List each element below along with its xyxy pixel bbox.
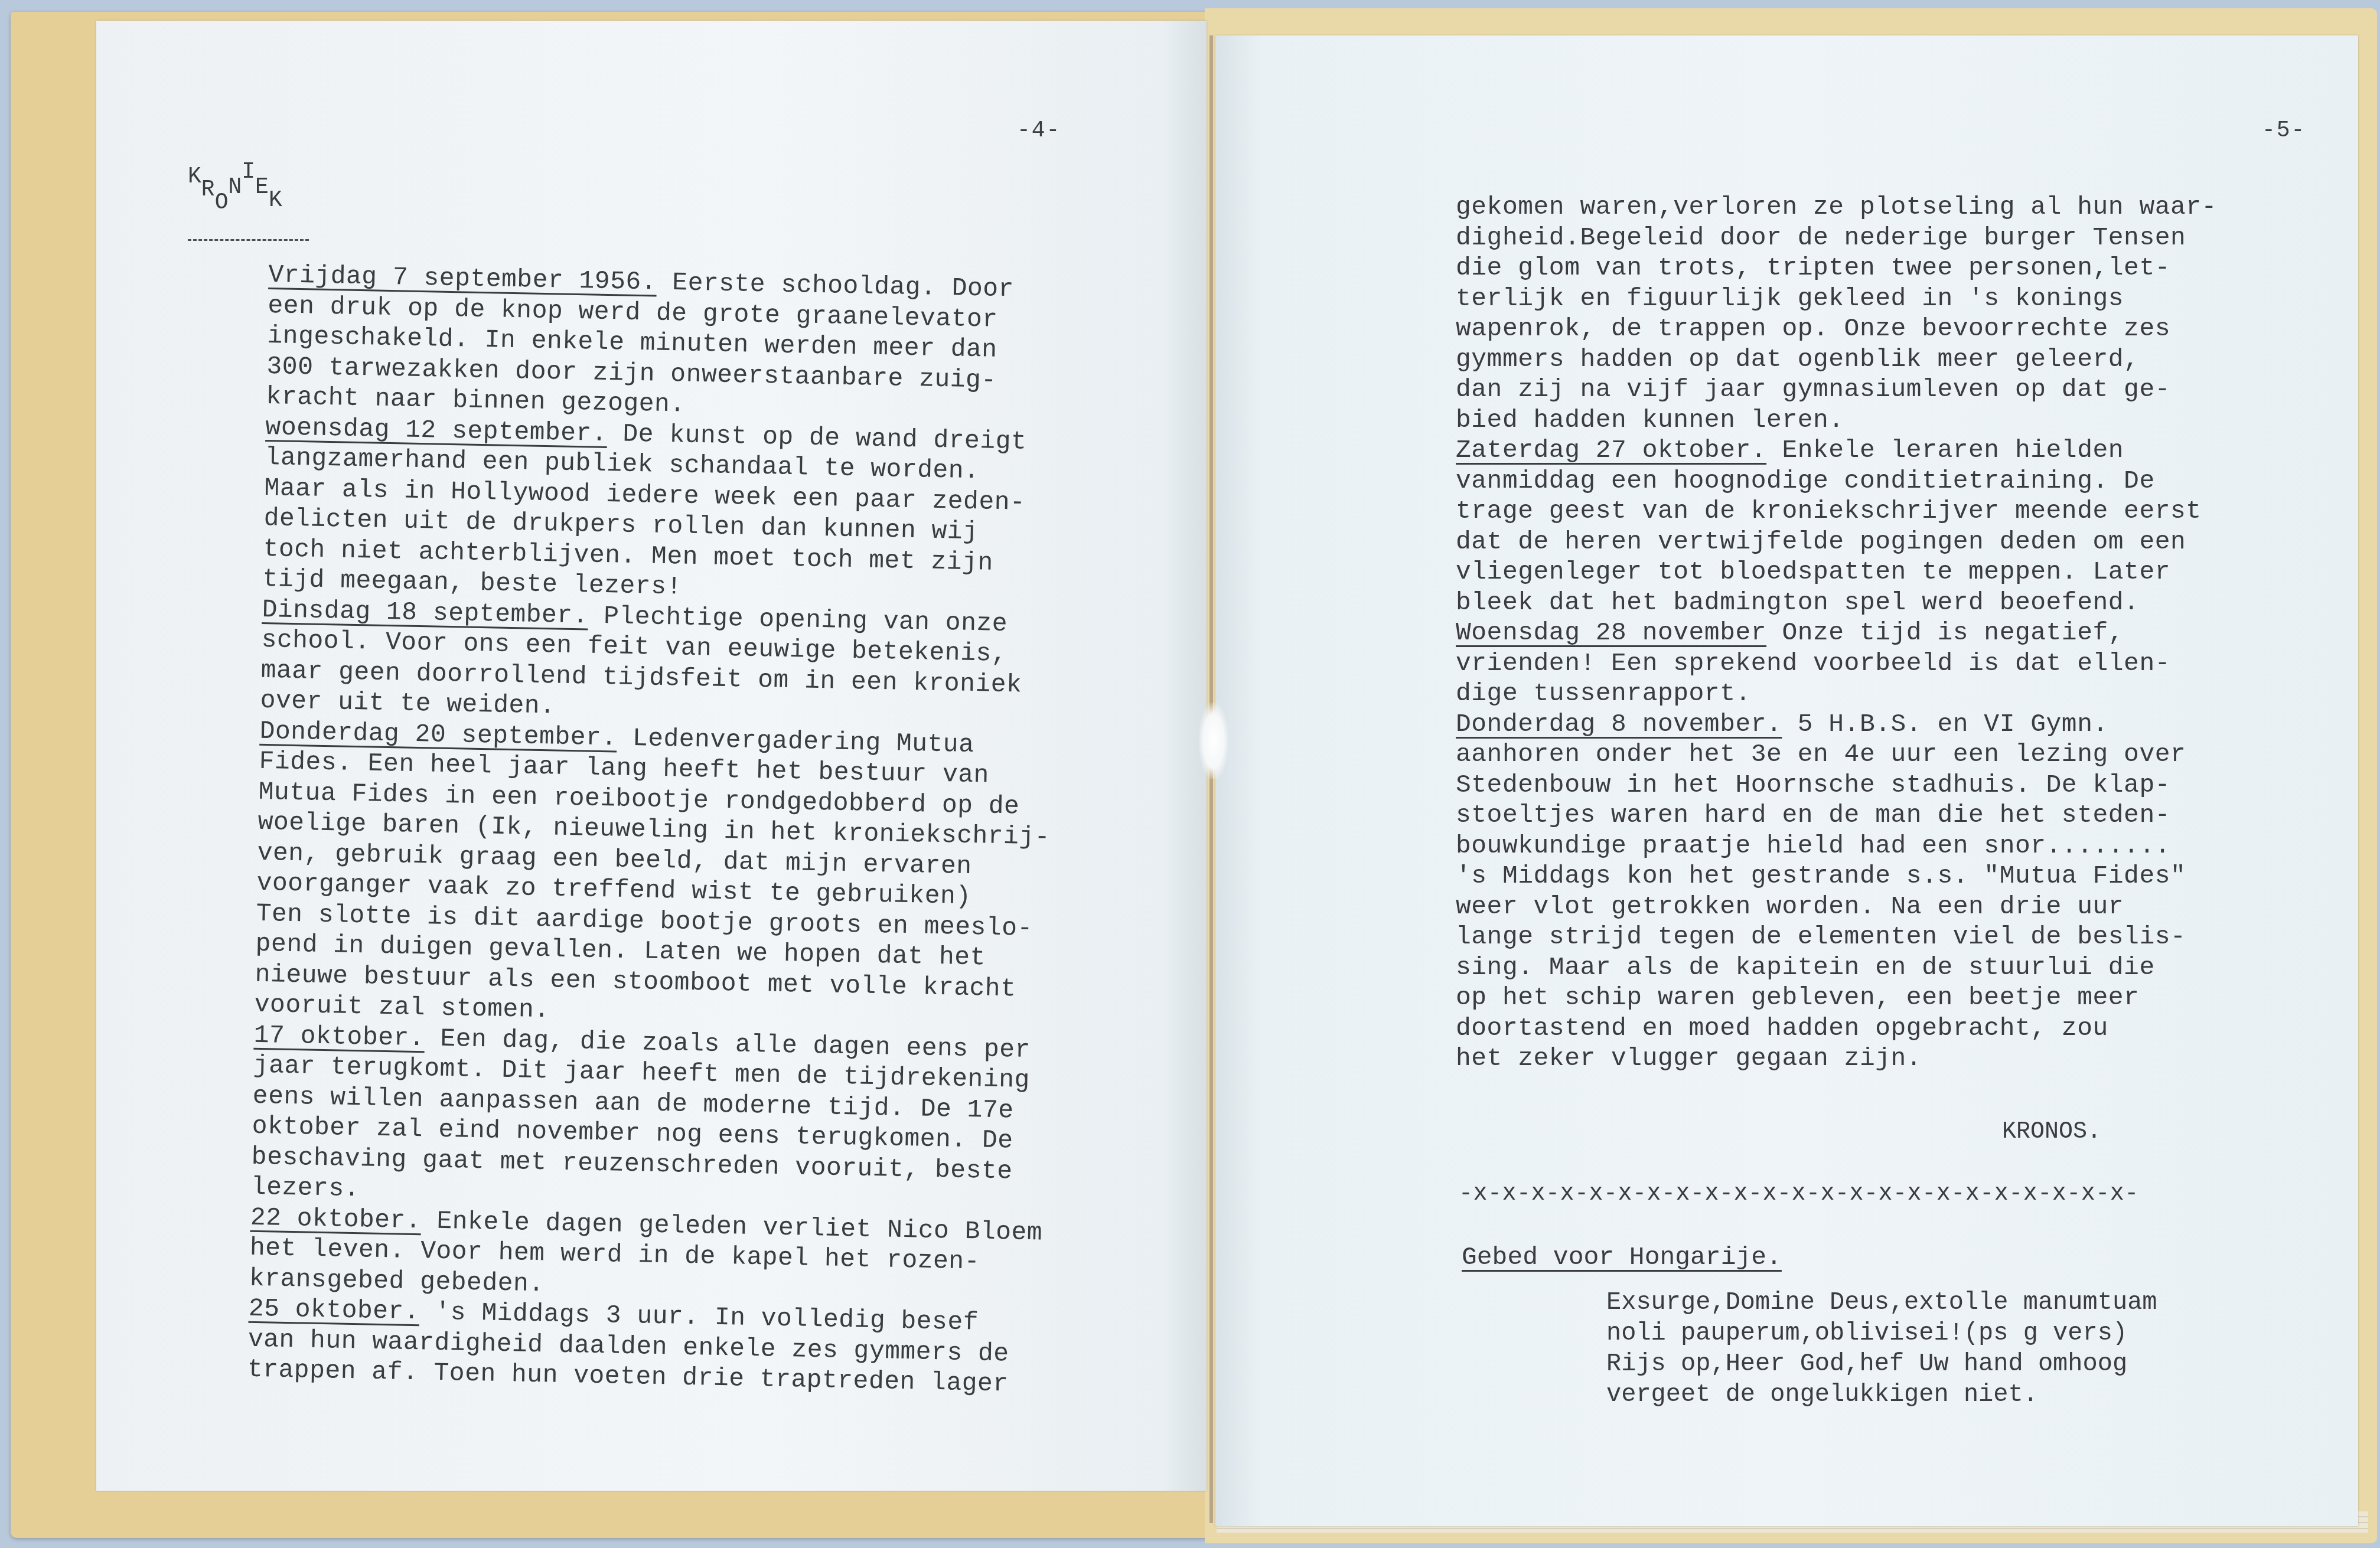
prayer-line: vergeet de ongelukkigen niet.: [1606, 1379, 2157, 1410]
prayer-text: Exsurge,Domine Deus,extolle manumtuamnol…: [1606, 1287, 2157, 1410]
text-line: wapenrok, de trappen op. Onze bevoorrech…: [1456, 313, 2217, 344]
entry-first-line: Donderdag 8 november. 5 H.B.S. en VI Gym…: [1456, 709, 2217, 740]
text-line: Stedenbouw in het Hoornsche stadhuis. De…: [1456, 770, 2217, 801]
text-line: dan zij na vijf jaar gymnasiumleven op d…: [1456, 374, 2217, 405]
entry-date: 17 oktober.: [253, 1020, 425, 1053]
text-line: terlijk en figuurlijk gekleed in 's koni…: [1456, 283, 2217, 314]
text-line: 's Middags kon het gestrande s.s. "Mutua…: [1456, 861, 2217, 891]
signature: KRONOS.: [2002, 1119, 2101, 1145]
title-letter: N: [228, 175, 242, 200]
text-line: het zeker vlugger gegaan zijn.: [1456, 1043, 2217, 1074]
title-letter: K: [188, 164, 201, 190]
text-line: bouwkundige praatje hield had een snor..…: [1456, 831, 2217, 861]
entry-date: 22 oktober.: [250, 1203, 421, 1235]
text-line: vanmiddag een hoognodige conditietrainin…: [1456, 466, 2217, 497]
text-line: die glom van trots, tripten twee persone…: [1456, 253, 2217, 283]
staple-tear: [1199, 703, 1228, 779]
text-line: doortastend en moed hadden opgebracht, z…: [1456, 1013, 2217, 1044]
text-line: lange strijd tegen de elementen viel de …: [1456, 922, 2217, 952]
booklet-spine: [1209, 35, 1213, 1523]
section-divider: -x-x-x-x-x-x-x-x-x-x-x-x-x-x-x-x-x-x-x-x…: [1459, 1181, 2139, 1207]
text-line: gymmers hadden op dat ogenblik meer gele…: [1456, 344, 2217, 375]
entry-date: Donderdag 8 november.: [1456, 710, 1782, 739]
entry-date: 25 oktober.: [248, 1294, 419, 1327]
text-line: sing. Maar als de kapitein en de stuurlu…: [1456, 952, 2217, 983]
text-line: weer vlot getrokken worden. Na een drie …: [1456, 891, 2217, 922]
title-letter: E: [255, 175, 269, 200]
text-line: vrienden! Een sprekend voorbeeld is dat …: [1456, 648, 2217, 679]
text-line: stoeltjes waren hard en de man die het s…: [1456, 800, 2217, 831]
title-letter: O: [215, 190, 229, 215]
right-page-body: gekomen waren,verloren ze plotseling al …: [1456, 192, 2217, 1074]
entry-date: Dinsdag 18 september.: [262, 595, 588, 630]
title-letter: R: [201, 177, 215, 203]
left-page-body: Vrijdag 7 september 1956. Eerste schoold…: [247, 260, 1061, 1400]
entry-date: woensdag 12 september.: [265, 412, 608, 448]
title-letter: K: [269, 188, 282, 213]
entry-first-line: Zaterdag 27 oktober. Enkele leraren hiel…: [1456, 435, 2217, 466]
entry-date: Zaterdag 27 oktober.: [1456, 436, 1766, 465]
title-underline: [188, 239, 309, 241]
entry-text: Eerste schooldag. Door: [657, 268, 1015, 304]
chronicle-title: KRONIEK: [188, 164, 282, 190]
text-line: bleek dat het badmington spel werd beoef…: [1456, 587, 2217, 618]
text-line: vliegenleger tot bloedspatten te meppen.…: [1456, 557, 2217, 587]
prayer-line: Exsurge,Domine Deus,extolle manumtuam: [1606, 1287, 2157, 1318]
text-line: bied hadden kunnen leren.: [1456, 405, 2217, 436]
entry-text: Enkele leraren hielden: [1766, 436, 2124, 465]
text-line: dat de heren vertwijfelde pogingen deden…: [1456, 527, 2217, 557]
text-line: digheid.Begeleid door de nederige burger…: [1456, 223, 2217, 253]
entry-date: Woensdag 28 november: [1456, 618, 1766, 647]
prayer-line: noli pauperum,oblivisei!(ps g vers): [1606, 1318, 2157, 1348]
page-number-left: -4-: [1017, 118, 1061, 143]
text-line: gekomen waren,verloren ze plotseling al …: [1456, 192, 2217, 223]
entry-first-line: Woensdag 28 november Onze tijd is negati…: [1456, 618, 2217, 648]
text-line: aanhoren onder het 3e en 4e uur een lezi…: [1456, 739, 2217, 770]
prayer-line: Rijs op,Heer God,hef Uw hand omhoog: [1606, 1348, 2157, 1379]
entry-text: 5 H.B.S. en VI Gymn.: [1782, 710, 2108, 739]
title-letter: I: [242, 159, 255, 185]
prayer-title: Gebed voor Hongarije.: [1462, 1243, 1782, 1272]
entry-text: Onze tijd is negatief,: [1766, 618, 2124, 647]
text-line: op het schip waren gebleven, een beetje …: [1456, 982, 2217, 1013]
text-line: dige tussenrapport.: [1456, 678, 2217, 709]
page-number-right: -5-: [2262, 118, 2306, 143]
text-line: trage geest van de kroniekschrijver meen…: [1456, 496, 2217, 527]
